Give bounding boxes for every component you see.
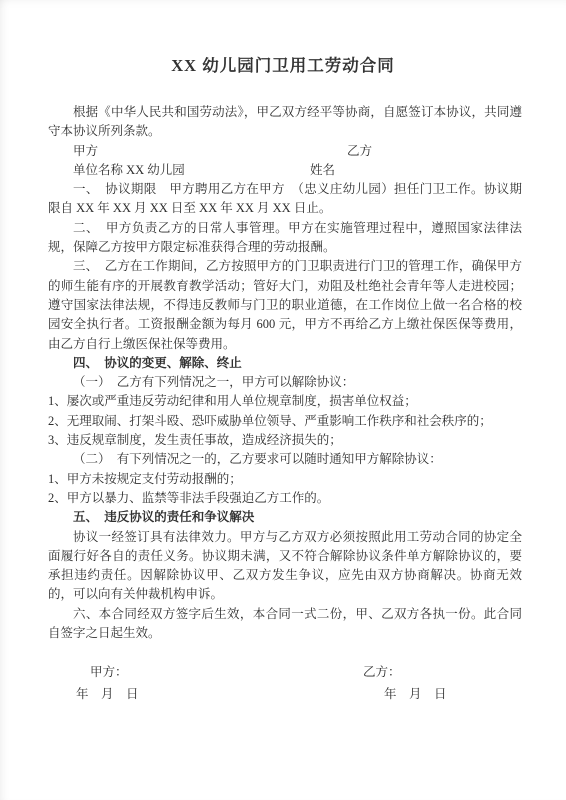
clause-4-sub-2: （二） 有下列情况之一的，乙方要求可以随时通知甲方解除协议： xyxy=(48,450,522,469)
clause-4-sub-1-item-2: 2、无理取闹、打架斗殴、恐吓威胁单位领导、严重影响工作秩序和社会秩序的； xyxy=(48,412,522,431)
employee-name-label: 姓名 xyxy=(310,161,335,180)
contract-body: 根据《中华人民共和国劳动法》，甲乙双方经平等协商，自愿签订本协议，共同遵守本协议… xyxy=(48,103,522,705)
signature-date-a: 年 月 日 xyxy=(76,687,139,701)
clause-6-effectiveness: 六、本合同经双方签字后生效，本合同一式二份，甲、乙双方各执一份。此合同自签字之日… xyxy=(48,605,522,644)
signature-date-b: 年 月 日 xyxy=(384,684,447,706)
signature-party-b-label: 乙方： xyxy=(363,662,401,684)
intro-paragraph: 根据《中华人民共和国劳动法》，甲乙双方经平等协商，自愿签订本协议，共同遵守本协议… xyxy=(48,103,522,142)
signature-party-a-label: 甲方： xyxy=(90,665,128,679)
clause-5-body: 协议一经签订具有法律效力。甲方与乙方双方必须按照此用工劳动合同的协定全面履行好各… xyxy=(48,528,522,605)
clause-4-heading: 四、 协议的变更、解除、终止 xyxy=(48,354,522,373)
signature-row-parties: 甲方： 乙方： xyxy=(48,662,522,684)
clause-3-duties: 三、 乙方在工作期间，乙方按照甲方的门卫职责进行门卫的管理工作，确保甲方的师生能… xyxy=(48,257,522,353)
clause-4-sub-2-item-1: 1、甲方未按规定支付劳动报酬的； xyxy=(48,470,522,489)
signature-row-dates: 年 月 日 年 月 日 xyxy=(48,684,522,706)
clause-2-management: 二、 甲方负责乙方的日常人事管理。甲方在实施管理过程中，遵照国家法律法规，保障乙… xyxy=(48,219,522,258)
party-a-label: 甲方 xyxy=(73,144,98,158)
document-title: XX 幼儿园门卫用工劳动合同 xyxy=(0,0,566,78)
clause-4-sub-1-item-1: 1、屡次或严重违反劳动纪律和用人单位规章制度，损害单位权益； xyxy=(48,392,522,411)
clause-1-term: 一、 协议期限 甲方聘用乙方在甲方 （忠义庄幼儿园）担任门卫工作。协议期限自 X… xyxy=(48,180,522,219)
clause-4-sub-1: （一） 乙方有下列情况之一，甲方可以解除协议： xyxy=(48,373,522,392)
party-b-label: 乙方 xyxy=(347,142,372,161)
signature-block: 甲方： 乙方： 年 月 日 年 月 日 xyxy=(48,662,522,705)
contract-page: XX 幼儿园门卫用工劳动合同 根据《中华人民共和国劳动法》，甲乙双方经平等协商，… xyxy=(0,0,566,800)
parties-row-labels: 甲方 乙方 xyxy=(48,142,522,161)
parties-row-names: 单位名称 XX 幼儿园 姓名 xyxy=(48,161,522,180)
unit-name-label: 单位名称 XX 幼儿园 xyxy=(73,163,185,177)
clause-4-sub-1-item-3: 3、违反规章制度，发生责任事故，造成经济损失的； xyxy=(48,431,522,450)
clause-5-heading: 五、 违反协议的责任和争议解决 xyxy=(48,508,522,527)
clause-4-sub-2-item-2: 2、甲方以暴力、监禁等非法手段强迫乙方工作的。 xyxy=(48,489,522,508)
